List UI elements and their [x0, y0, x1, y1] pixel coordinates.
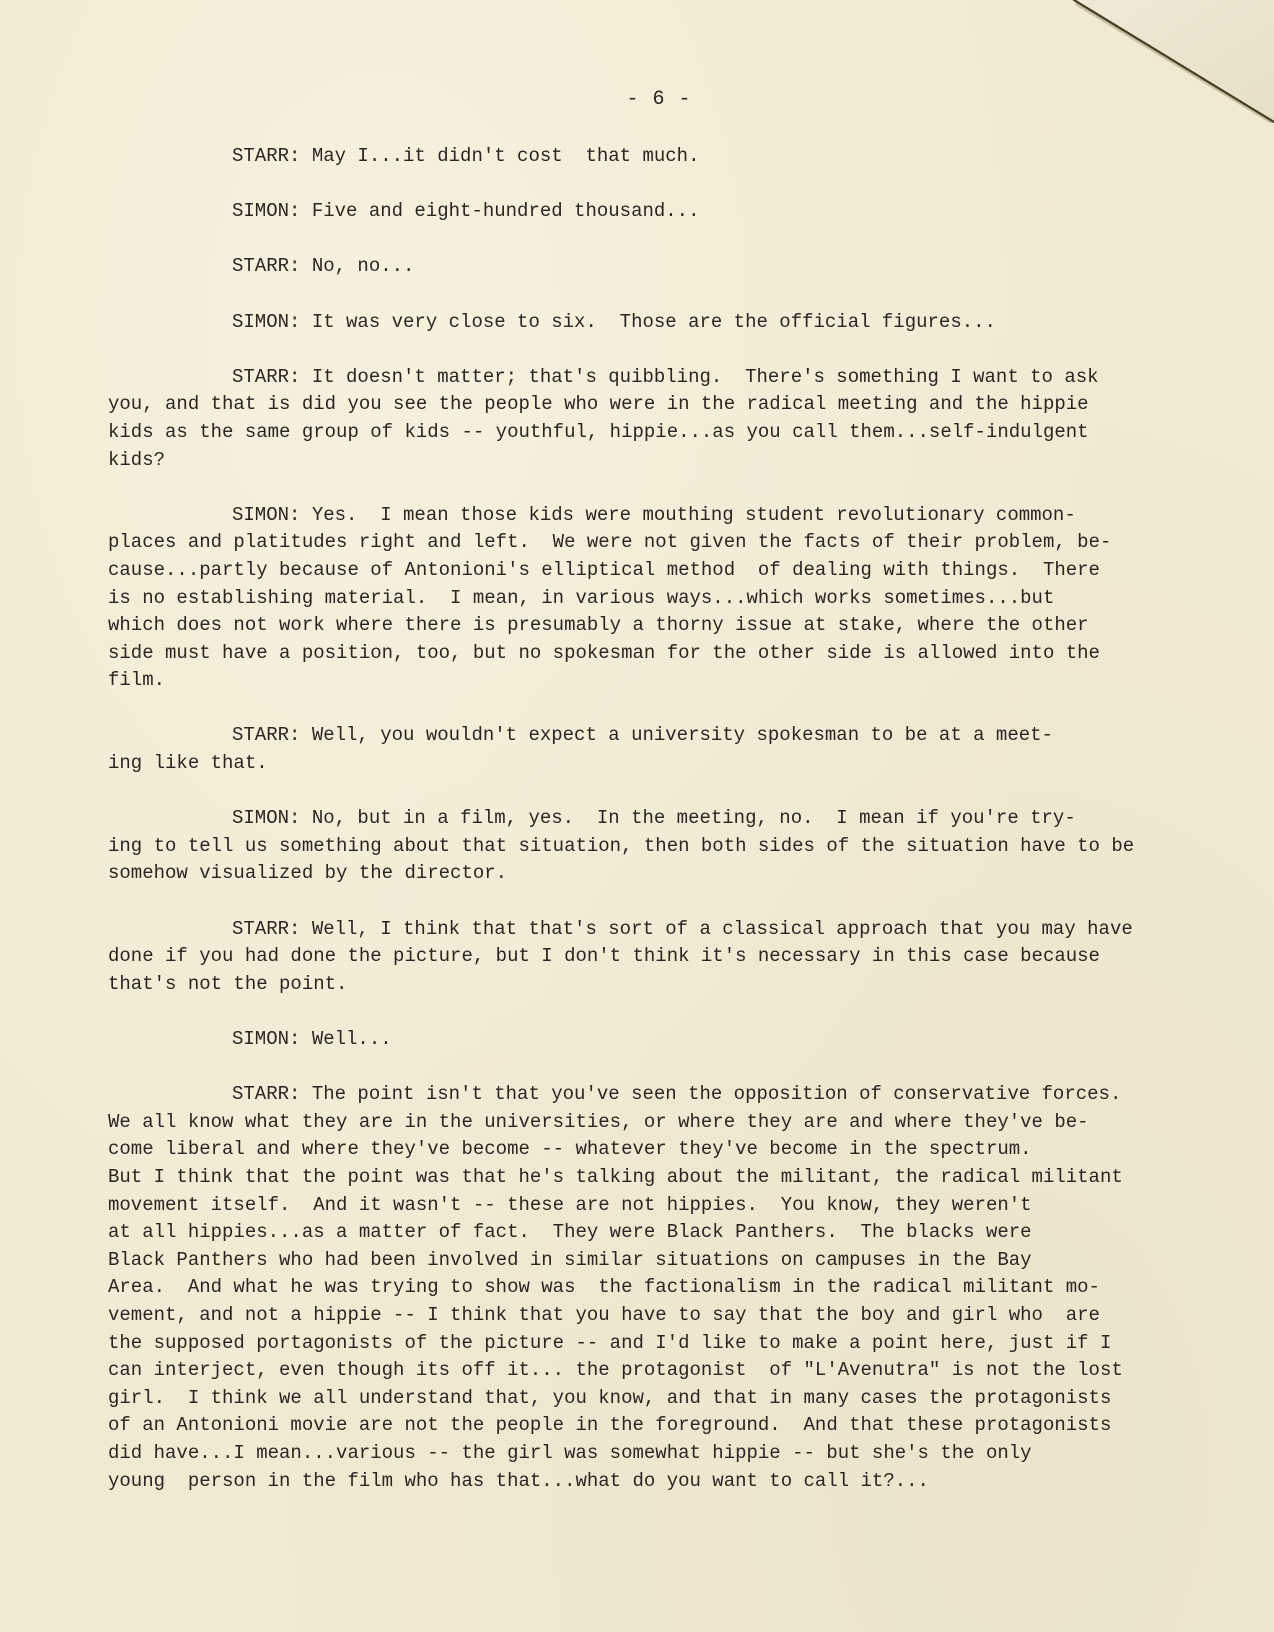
continuation-line: at all hippies...as a matter of fact. Th…	[108, 1219, 1208, 1247]
continuation-line: you, and that is did you see the people …	[108, 391, 1208, 419]
continuation-line: of an Antonioni movie are not the people…	[108, 1412, 1208, 1440]
dialogue-paragraph-simon: SIMON: It was very close to six. Those a…	[108, 309, 1208, 337]
continuation-line: movement itself. And it wasn't -- these …	[108, 1192, 1208, 1220]
continuation-line: come liberal and where they've become --…	[108, 1136, 1208, 1164]
continuation-line: is no establishing material. I mean, in …	[108, 585, 1208, 613]
continuation-line: places and platitudes right and left. We…	[108, 529, 1208, 557]
dialogue-paragraph-simon: SIMON: Yes. I mean those kids were mouth…	[108, 502, 1208, 695]
dialogue-paragraph-starr: STARR: Well, you wouldn't expect a unive…	[108, 722, 1208, 777]
dialogue-paragraph-starr: STARR: The point isn't that you've seen …	[108, 1081, 1208, 1495]
speaker-line: SIMON: No, but in a film, yes. In the me…	[108, 805, 1208, 833]
speaker-line: STARR: It doesn't matter; that's quibbli…	[108, 364, 1208, 392]
speaker-line: STARR: May I...it didn't cost that much.	[108, 143, 1208, 171]
continuation-line: Area. And what he was trying to show was…	[108, 1274, 1208, 1302]
continuation-line: kids?	[108, 447, 1208, 475]
continuation-line: cause...partly because of Antonioni's el…	[108, 557, 1208, 585]
dialogue-paragraph-starr: STARR: May I...it didn't cost that much.	[108, 143, 1208, 171]
speaker-line: SIMON: It was very close to six. Those a…	[108, 309, 1208, 337]
continuation-line: ing to tell us something about that situ…	[108, 833, 1208, 861]
continuation-line: ing like that.	[108, 750, 1208, 778]
transcript-body: STARR: May I...it didn't cost that much.…	[108, 143, 1208, 1523]
speaker-line: STARR: The point isn't that you've seen …	[108, 1081, 1208, 1109]
speaker-line: SIMON: Yes. I mean those kids were mouth…	[108, 502, 1208, 530]
continuation-line: somehow visualized by the director.	[108, 860, 1208, 888]
speaker-line: STARR: No, no...	[108, 253, 1208, 281]
continuation-line: which does not work where there is presu…	[108, 612, 1208, 640]
continuation-line: vement, and not a hippie -- I think that…	[108, 1302, 1208, 1330]
page-number: - 6 -	[22, 88, 1274, 111]
dialogue-paragraph-simon: SIMON: Well...	[108, 1026, 1208, 1054]
continuation-line: can interject, even though its off it...…	[108, 1357, 1208, 1385]
speaker-line: STARR: Well, you wouldn't expect a unive…	[108, 722, 1208, 750]
dialogue-paragraph-simon: SIMON: No, but in a film, yes. In the me…	[108, 805, 1208, 888]
continuation-line: young person in the film who has that...…	[108, 1468, 1208, 1496]
continuation-line: But I think that the point was that he's…	[108, 1164, 1208, 1192]
speaker-line: SIMON: Well...	[108, 1026, 1208, 1054]
continuation-line: Black Panthers who had been involved in …	[108, 1247, 1208, 1275]
continuation-line: girl. I think we all understand that, yo…	[108, 1385, 1208, 1413]
speaker-line: STARR: Well, I think that that's sort of…	[108, 916, 1208, 944]
continuation-line: film.	[108, 667, 1208, 695]
continuation-line: done if you had done the picture, but I …	[108, 943, 1208, 971]
speaker-line: SIMON: Five and eight-hundred thousand..…	[108, 198, 1208, 226]
continuation-line: did have...I mean...various -- the girl …	[108, 1440, 1208, 1468]
continuation-line: that's not the point.	[108, 971, 1208, 999]
continuation-line: We all know what they are in the univers…	[108, 1109, 1208, 1137]
dialogue-paragraph-starr: STARR: No, no...	[108, 253, 1208, 281]
dialogue-paragraph-starr: STARR: It doesn't matter; that's quibbli…	[108, 364, 1208, 474]
dialogue-paragraph-starr: STARR: Well, I think that that's sort of…	[108, 916, 1208, 999]
continuation-line: kids as the same group of kids -- youthf…	[108, 419, 1208, 447]
continuation-line: the supposed portagonists of the picture…	[108, 1330, 1208, 1358]
dialogue-paragraph-simon: SIMON: Five and eight-hundred thousand..…	[108, 198, 1208, 226]
continuation-line: side must have a position, too, but no s…	[108, 640, 1208, 668]
